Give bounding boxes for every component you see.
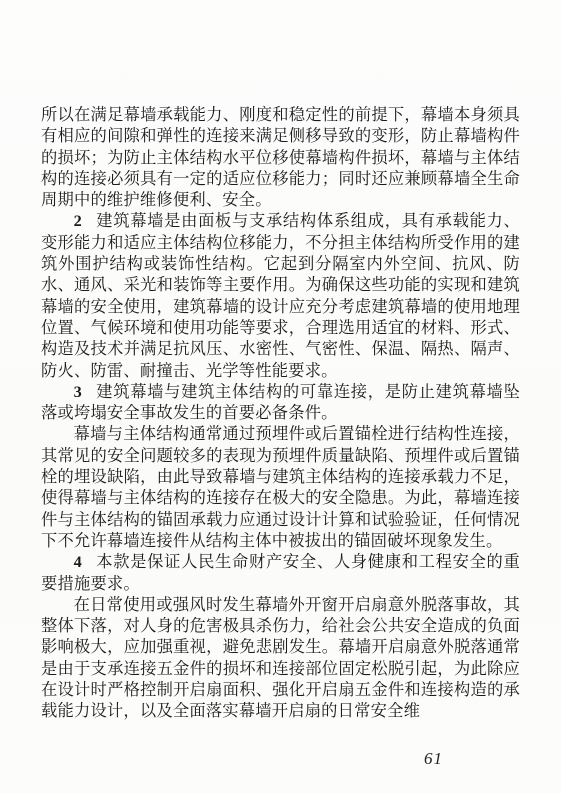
page-number: 61 <box>424 749 443 769</box>
clause-number: 2 <box>74 211 82 230</box>
paragraph: 在日常使用或强风时发生幕墙外开窗开启扇意外脱落事故，其整体下落，对人身的危害极具… <box>41 594 520 722</box>
document-page: 所以在满足幕墙承载能力、刚度和稳定性的前提下，幕墙本身须具有相应的间隙和弹性的连… <box>0 0 561 793</box>
paragraph: 2建筑幕墙是由面板与支承结构体系组成，具有承载能力、变形能力和适应主体结构位移能… <box>41 210 520 380</box>
paragraph-text: 幕墙与主体结构通常通过预埋件或后置锚栓进行结构性连接，其常见的安全问题较多的表现… <box>41 424 520 549</box>
paragraph: 3建筑幕墙与建筑主体结构的可靠连接，是防止建筑幕墙坠落或垮塌安全事故发生的首要必… <box>41 381 520 424</box>
body-text: 所以在满足幕墙承载能力、刚度和稳定性的前提下，幕墙本身须具有相应的间隙和弹性的连… <box>41 104 520 722</box>
paragraph-text: 所以在满足幕墙承载能力、刚度和稳定性的前提下，幕墙本身须具有相应的间隙和弹性的连… <box>41 105 520 209</box>
paragraph-text: 建筑幕墙是由面板与支承结构体系组成，具有承载能力、变形能力和适应主体结构位移能力… <box>41 211 520 379</box>
paragraph: 所以在满足幕墙承载能力、刚度和稳定性的前提下，幕墙本身须具有相应的间隙和弹性的连… <box>41 104 520 210</box>
paragraph: 幕墙与主体结构通常通过预埋件或后置锚栓进行结构性连接，其常见的安全问题较多的表现… <box>41 423 520 551</box>
paragraph: 4本款是保证人民生命财产安全、人身健康和工程安全的重要措施要求。 <box>41 551 520 594</box>
paragraph-text: 本款是保证人民生命财产安全、人身健康和工程安全的重要措施要求。 <box>41 552 520 592</box>
paragraph-text: 建筑幕墙与建筑主体结构的可靠连接，是防止建筑幕墙坠落或垮塌安全事故发生的首要必备… <box>41 382 520 422</box>
paragraph-text: 在日常使用或强风时发生幕墙外开窗开启扇意外脱落事故，其整体下落，对人身的危害极具… <box>41 595 520 720</box>
clause-number: 4 <box>74 552 82 571</box>
clause-number: 3 <box>74 382 82 401</box>
